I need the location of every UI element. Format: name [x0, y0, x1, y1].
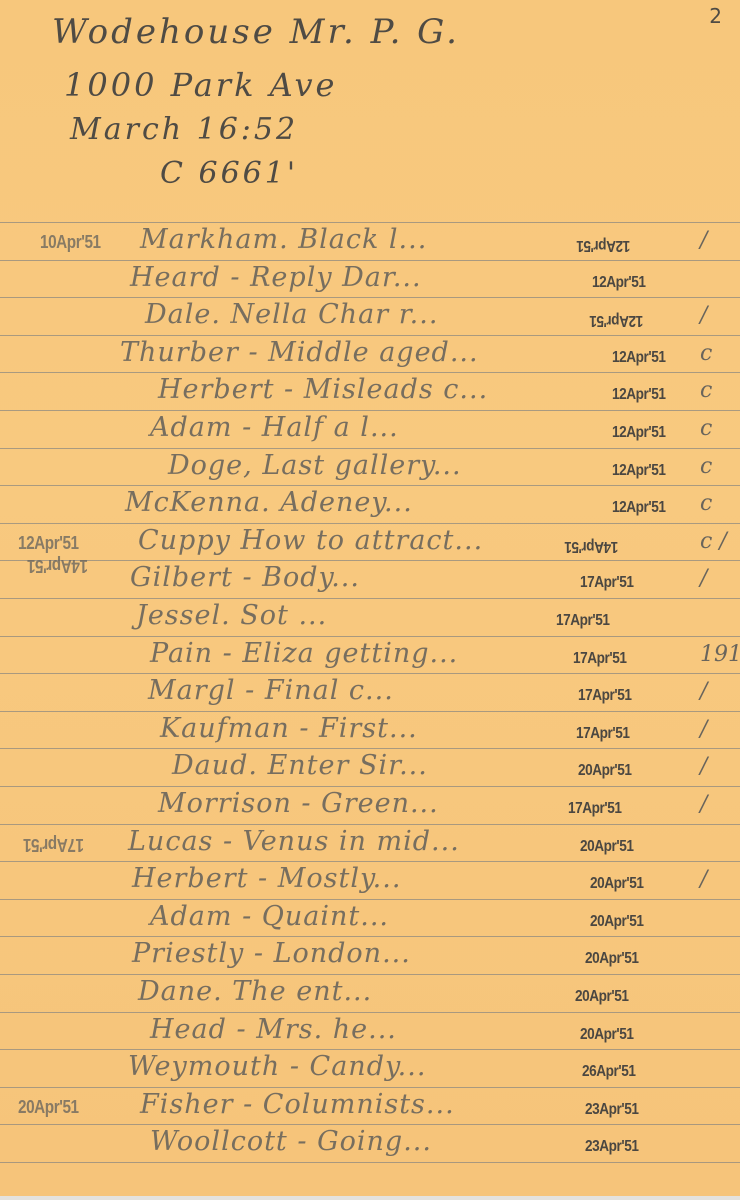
card-name: Wodehouse Mr. P. G. [52, 12, 460, 52]
call-number: C 6661' [160, 156, 298, 191]
ruled-line [0, 560, 740, 561]
entry-text: Weymouth - Candy... [128, 1051, 426, 1082]
ruled-line [0, 1049, 740, 1050]
ruled-line [0, 372, 740, 373]
check-mark: / [700, 792, 707, 817]
entry-text: Fisher - Columnists... [140, 1089, 455, 1120]
entry-text: Pain - Eliza getting... [150, 638, 458, 669]
left-date-stamp: 10Apr'51 [40, 232, 101, 253]
ruled-line [0, 598, 740, 599]
check-mark: c / [700, 529, 727, 554]
entry-text: Herbert - Mostly... [132, 863, 401, 894]
date-stamp: 23Apr'51 [585, 1101, 639, 1119]
ruled-line [0, 297, 740, 298]
entry-text: Doge, Last gallery... [168, 450, 462, 481]
check-mark: / [700, 867, 707, 892]
check-mark: / [700, 303, 707, 328]
date-stamp: 14Apr'51 [565, 537, 619, 555]
date-stamp: 20Apr'51 [580, 1026, 634, 1044]
entry-text: Daud. Enter Sir... [172, 750, 428, 781]
entry-text: Kaufman - First... [160, 713, 418, 744]
check-mark: c [700, 416, 712, 441]
left-date-stamp-inverted: 14Apr'51 [27, 555, 88, 576]
entry-text: Head - Mrs. he... [150, 1014, 397, 1045]
date-stamp: 17Apr'51 [580, 574, 634, 592]
ruled-line [0, 748, 740, 749]
date-stamp: 20Apr'51 [575, 988, 629, 1006]
check-mark: c [700, 341, 712, 366]
entry-text: Adam - Quaint... [150, 901, 389, 932]
left-date-stamp: 17Apr'51 [23, 834, 84, 855]
entry-text: Adam - Half a l... [150, 412, 399, 443]
index-card: 2 Wodehouse Mr. P. G. 1000 Park Ave Marc… [0, 0, 740, 1196]
ruled-line [0, 410, 740, 411]
card-address: 1000 Park Ave [64, 66, 337, 104]
ruled-line [0, 1124, 740, 1125]
date-stamp: 26Apr'51 [582, 1063, 636, 1081]
date-stamp: 12Apr'51 [612, 499, 666, 517]
entry-text: Margl - Final c... [148, 675, 394, 706]
page-number: 2 [709, 4, 722, 28]
date-stamp: 12Apr'51 [577, 236, 631, 254]
check-mark: 1911 [700, 642, 740, 667]
entry-text: Jessel. Sot ... [136, 600, 327, 631]
check-mark: / [700, 754, 707, 779]
left-date-stamp: 20Apr'51 [18, 1097, 79, 1118]
background-strip [0, 1196, 740, 1200]
entry-text: Morrison - Green... [158, 788, 439, 819]
date-stamp: 12Apr'51 [592, 274, 646, 292]
date-stamp: 20Apr'51 [590, 875, 644, 893]
entry-text: Cuppy How to attract... [138, 525, 483, 556]
date-stamp: 20Apr'51 [590, 913, 644, 931]
date-stamp: 12Apr'51 [612, 349, 666, 367]
date-stamp: 12Apr'51 [612, 386, 666, 404]
date-stamp: 17Apr'51 [578, 687, 632, 705]
date-stamp: 12Apr'51 [612, 424, 666, 442]
entry-text: Priestly - London... [132, 938, 411, 969]
date-stamp: 23Apr'51 [585, 1138, 639, 1156]
ruled-line [0, 1162, 740, 1163]
entry-text: Dale. Nella Char r... [145, 299, 438, 330]
check-mark: / [700, 566, 707, 591]
entry-text: Woollcott - Going... [150, 1126, 432, 1157]
ruled-line [0, 974, 740, 975]
entry-text: Dane. The ent... [138, 976, 372, 1007]
date-stamp: 17Apr'51 [556, 612, 610, 630]
check-mark: / [700, 717, 707, 742]
ruled-line [0, 673, 740, 674]
left-date-stamp: 12Apr'51 [18, 533, 79, 554]
ruled-line [0, 222, 740, 223]
card-date: March 16:52 [70, 112, 298, 147]
check-mark: c [700, 491, 712, 516]
ruled-line [0, 786, 740, 787]
date-stamp: 12Apr'51 [590, 311, 644, 329]
date-stamp: 20Apr'51 [585, 950, 639, 968]
date-stamp: 12Apr'51 [612, 462, 666, 480]
check-mark: c [700, 378, 712, 403]
check-mark: / [700, 228, 707, 253]
entry-text: Herbert - Misleads c... [158, 374, 488, 405]
date-stamp: 17Apr'51 [573, 650, 627, 668]
date-stamp: 20Apr'51 [578, 762, 632, 780]
entry-text: Lucas - Venus in mid... [128, 826, 460, 857]
entry-text: Markham. Black l... [140, 224, 427, 255]
date-stamp: 17Apr'51 [576, 725, 630, 743]
check-mark: / [700, 679, 707, 704]
ruled-line [0, 485, 740, 486]
check-mark: c [700, 454, 712, 479]
entry-text: McKenna. Adeney... [125, 487, 413, 518]
ruled-line [0, 861, 740, 862]
entry-text: Heard - Reply Dar... [130, 262, 422, 293]
entry-text: Gilbert - Body... [130, 562, 360, 593]
date-stamp: 20Apr'51 [580, 838, 634, 856]
date-stamp: 17Apr'51 [568, 800, 622, 818]
ruled-line [0, 936, 740, 937]
entry-text: Thurber - Middle aged... [120, 337, 479, 368]
